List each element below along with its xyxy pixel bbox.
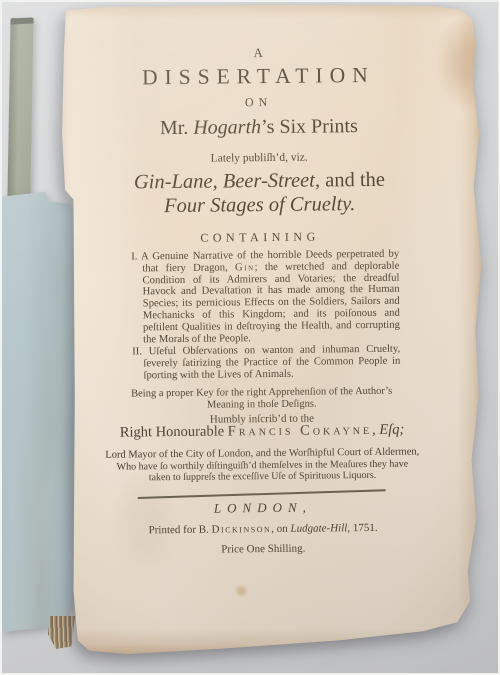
dedicatee-line: Right Honourable Francis Cokayne, Eſq; xyxy=(95,421,429,441)
subject-author-italic: Hogarth xyxy=(193,116,261,139)
dedicatee-name-smallcaps: Francis Cokayne xyxy=(228,422,373,440)
subject-suffix: ’s Six Prints xyxy=(261,115,358,138)
imprint-price: Price One Shilling. xyxy=(96,541,430,557)
printer-pre: Printed for B. xyxy=(149,524,212,537)
praise-line-2: taken to ſuppreſs the exceſſive Uſe of S… xyxy=(95,469,429,484)
publish-line: Lately publiſh’d, viz. xyxy=(92,150,426,166)
title-on: ON xyxy=(92,94,426,111)
works-line-1: Gin-Lane, Beer-Street, and the xyxy=(92,168,426,194)
subject-prefix: Mr. xyxy=(160,117,194,139)
works-and-the: and the xyxy=(320,169,385,192)
book-photo: A DISSERTATION ON Mr. Hogarth’s Six Prin… xyxy=(0,0,500,675)
item1-gin-smallcaps: Gin xyxy=(235,261,255,273)
title-page-wrap: A DISSERTATION ON Mr. Hogarth’s Six Prin… xyxy=(60,4,482,656)
key-line-2: Meaning in thoſe Deſigns. xyxy=(95,397,429,412)
contents-item-1: I. A Genuine Narrative of the horrible D… xyxy=(131,249,400,346)
printer-name-smallcaps: Dickinson xyxy=(211,523,271,536)
imprint-printer-line: Printed for B. Dickinson, on Ludgate-Hil… xyxy=(96,521,430,537)
main-title: DISSERTATION xyxy=(91,62,425,90)
dedicatee-esq-italic: Eſq; xyxy=(379,422,404,438)
works-line-2: Four Stages of Cruelty. xyxy=(93,192,427,218)
title-page: A DISSERTATION ON Mr. Hogarth’s Six Prin… xyxy=(60,4,482,656)
title-page-text: A DISSERTATION ON Mr. Hogarth’s Six Prin… xyxy=(57,2,486,658)
dedicatee-pre: Right Honourable xyxy=(120,423,228,440)
imprint-divider xyxy=(138,489,386,498)
imprint-city: LONDON, xyxy=(96,499,430,517)
printer-mid: , on xyxy=(271,523,290,535)
printer-place-italic: Ludgate-Hill xyxy=(290,522,347,535)
book-board-edge xyxy=(7,18,33,200)
printer-post: , 1751. xyxy=(347,522,377,534)
works-titles-italic: Gin-Lane, Beer-Street, xyxy=(134,169,320,193)
half-title: A xyxy=(91,44,425,62)
containing-heading: CONTAINING xyxy=(93,229,427,246)
contents-item-2: II. Uſeful Obſervations on wanton and in… xyxy=(132,344,400,382)
subject-line: Mr. Hogarth’s Six Prints xyxy=(92,114,426,140)
